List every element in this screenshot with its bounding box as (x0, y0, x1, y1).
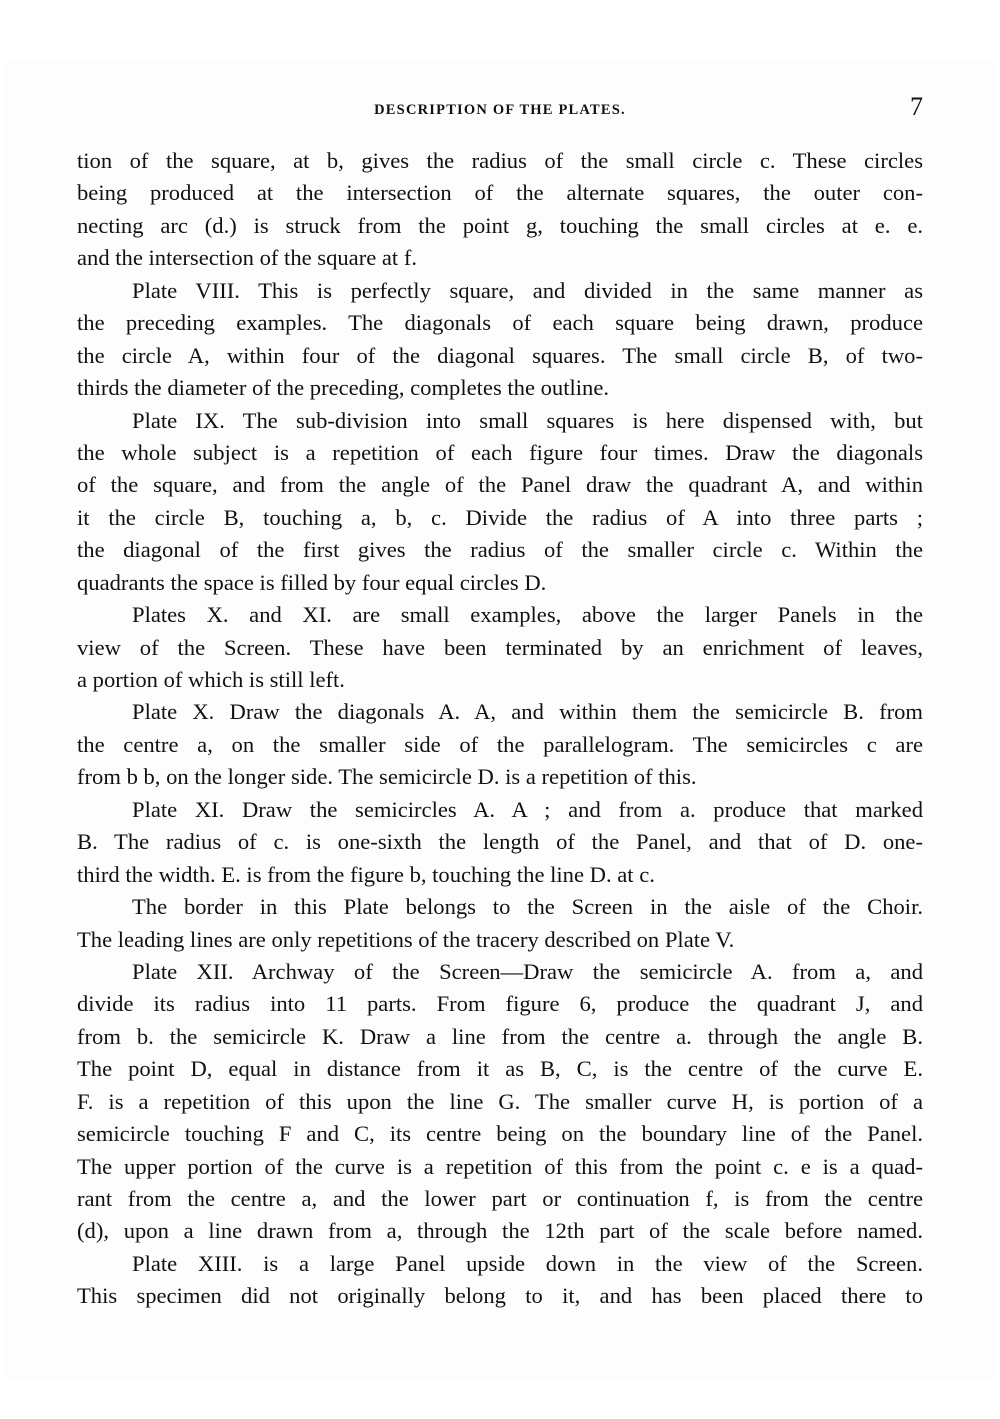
text-line: The leading lines are only repetitions o… (77, 924, 923, 956)
text-line: Plates X. and XI. are small examples, ab… (77, 599, 923, 631)
text-line: semicircle touching F and C, its centre … (77, 1118, 923, 1150)
running-title: DESCRIPTION OF THE PLATES. (0, 102, 1000, 119)
text-line: the preceding examples. The diagonals of… (77, 307, 923, 339)
text-line: the diagonal of the first gives the radi… (77, 534, 923, 566)
text-line: and the intersection of the square at f. (77, 242, 923, 274)
text-line: necting arc (d.) is struck from the poin… (77, 210, 923, 242)
text-line: view of the Screen. These have been term… (77, 632, 923, 664)
text-line: from b b, on the longer side. The semici… (77, 761, 923, 793)
text-line: The border in this Plate belongs to the … (77, 891, 923, 923)
body-text: tion of the square, at b, gives the radi… (77, 145, 923, 1313)
text-line: rant from the centre a, and the lower pa… (77, 1183, 923, 1215)
text-line: divide its radius into 11 parts. From fi… (77, 988, 923, 1020)
text-line: a portion of which is still left. (77, 664, 923, 696)
text-line: of the square, and from the angle of the… (77, 469, 923, 501)
text-line: (d), upon a line drawn from a, through t… (77, 1215, 923, 1247)
text-line: The point D, equal in distance from it a… (77, 1053, 923, 1085)
text-line: the whole subject is a repetition of eac… (77, 437, 923, 469)
text-line: thirds the diameter of the preceding, co… (77, 372, 923, 404)
text-line: Plate XIII. is a large Panel upside down… (77, 1248, 923, 1280)
page-number: 7 (910, 92, 923, 122)
text-line: The upper portion of the curve is a repe… (77, 1151, 923, 1183)
text-line: the centre a, on the smaller side of the… (77, 729, 923, 761)
text-line: Plate X. Draw the diagonals A. A, and wi… (77, 696, 923, 728)
text-line: F. is a repetition of this upon the line… (77, 1086, 923, 1118)
text-line: from b. the semicircle K. Draw a line fr… (77, 1021, 923, 1053)
text-line: Plate XII. Archway of the Screen—Draw th… (77, 956, 923, 988)
text-line: the circle A, within four of the diagona… (77, 340, 923, 372)
text-line: Plate XI. Draw the semicircles A. A ; an… (77, 794, 923, 826)
text-line: tion of the square, at b, gives the radi… (77, 145, 923, 177)
text-line: Plate VIII. This is perfectly square, an… (77, 275, 923, 307)
text-line: quadrants the space is filled by four eq… (77, 567, 923, 599)
text-line: third the width. E. is from the figure b… (77, 859, 923, 891)
text-line: it the circle B, touching a, b, c. Divid… (77, 502, 923, 534)
text-line: B. The radius of c. is one-sixth the len… (77, 826, 923, 858)
text-line: This specimen did not originally belong … (77, 1280, 923, 1312)
text-line: Plate IX. The sub-division into small sq… (77, 405, 923, 437)
text-line: being produced at the intersection of th… (77, 177, 923, 209)
